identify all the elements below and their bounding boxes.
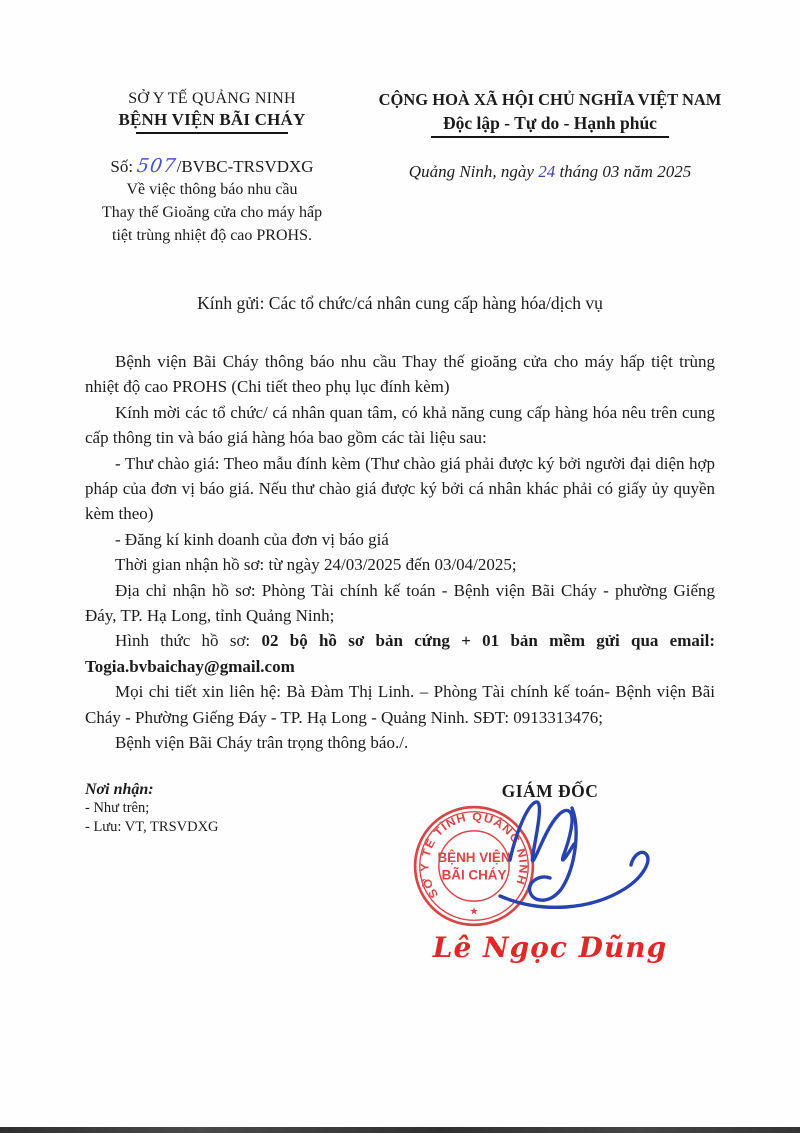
handwritten-signature-icon (492, 788, 662, 928)
recipients-block: Nơi nhận: - Như trên; - Lưu: VT, TRSVDXG (85, 781, 315, 964)
scan-bottom-edge (0, 1127, 800, 1133)
scanned-letter-page: SỞ Y TẾ QUẢNG NINH BỆNH VIỆN BÃI CHÁY Số… (0, 0, 800, 1133)
recipient-item-2: - Lưu: VT, TRSVDXG (85, 818, 315, 837)
paragraph-8: Mọi chi tiết xin liên hệ: Bà Đàm Thị Lin… (85, 679, 715, 730)
paragraph-7-prefix: Hình thức hồ sơ: (115, 631, 261, 650)
subject-line-2: Thay thế Gioăng cửa cho máy hấp (72, 203, 352, 223)
document-number: Số: 507/BVBC-TRSVDXG (72, 155, 352, 177)
paragraph-7: Hình thức hồ sơ: 02 bộ hồ sơ bản cứng + … (85, 628, 715, 679)
document-number-suffix: /BVBC-TRSVDXG (177, 157, 314, 176)
subject-line-1: Về việc thông báo nhu cầu (72, 180, 352, 200)
place-and-date: Quảng Ninh, ngày 24 tháng 03 năm 2025 (352, 162, 748, 182)
paragraph-1: Bệnh viện Bãi Cháy thông báo nhu cầu Tha… (85, 349, 715, 400)
paragraph-9: Bệnh viện Bãi Cháy trân trọng thông báo.… (85, 730, 715, 755)
issuer-block: SỞ Y TẾ QUẢNG NINH BỆNH VIỆN BÃI CHÁY Số… (72, 90, 352, 246)
paragraph-5: Thời gian nhận hồ sơ: từ ngày 24/03/2025… (85, 552, 715, 577)
subject-line-3: tiệt trùng nhiệt độ cao PROHS. (72, 226, 352, 246)
letter-body: Bệnh viện Bãi Cháy thông báo nhu cầu Tha… (85, 349, 715, 756)
org-name: BỆNH VIỆN BÃI CHÁY (72, 110, 352, 130)
signature-block: GIÁM ĐỐC SỞ Y TẾ TỈNH QUẢNG NINH ★ (400, 781, 700, 964)
document-number-label: Số: (110, 157, 137, 176)
paragraph-6: Địa chỉ nhận hồ sơ: Phòng Tài chính kế t… (85, 578, 715, 629)
paragraph-2: Kính mời các tổ chức/ cá nhân quan tâm, … (85, 400, 715, 451)
salutation-line: Kính gửi: Các tổ chức/cá nhân cung cấp h… (0, 293, 800, 314)
national-motto-line2: Độc lập - Tự do - Hạnh phúc (431, 113, 669, 138)
signer-name: Lê Ngọc Dũng (400, 931, 700, 964)
document-number-handwritten: 507 (136, 155, 178, 177)
national-motto-line1: CỘNG HOÀ XÃ HỘI CHỦ NGHĨA VIỆT NAM (352, 90, 748, 110)
letter-footer: Nơi nhận: - Như trên; - Lưu: VT, TRSVDXG… (85, 781, 700, 964)
letter-header: SỞ Y TẾ QUẢNG NINH BỆNH VIỆN BÃI CHÁY Số… (0, 90, 800, 246)
place-date-prefix: Quảng Ninh, ngày (409, 162, 538, 181)
recipients-label: Nơi nhận: (85, 781, 315, 799)
paragraph-3: - Thư chào giá: Theo mẫu đính kèm (Thư c… (85, 451, 715, 527)
national-header-block: CỘNG HOÀ XÃ HỘI CHỦ NGHĨA VIỆT NAM Độc l… (352, 90, 748, 182)
stamp-star-icon: ★ (469, 905, 478, 917)
paragraph-4: - Đăng kí kinh doanh của đơn vị báo giá (85, 527, 715, 552)
recipient-item-1: - Như trên; (85, 799, 315, 818)
org-underline (136, 132, 288, 134)
stamp-and-signature-area: SỞ Y TẾ TỈNH QUẢNG NINH ★ BỆNH VIỆN BÃI … (400, 802, 700, 929)
date-day-handwritten: 24 (538, 162, 555, 181)
parent-org-name: SỞ Y TẾ QUẢNG NINH (72, 90, 352, 108)
place-date-suffix: tháng 03 năm 2025 (555, 162, 691, 181)
